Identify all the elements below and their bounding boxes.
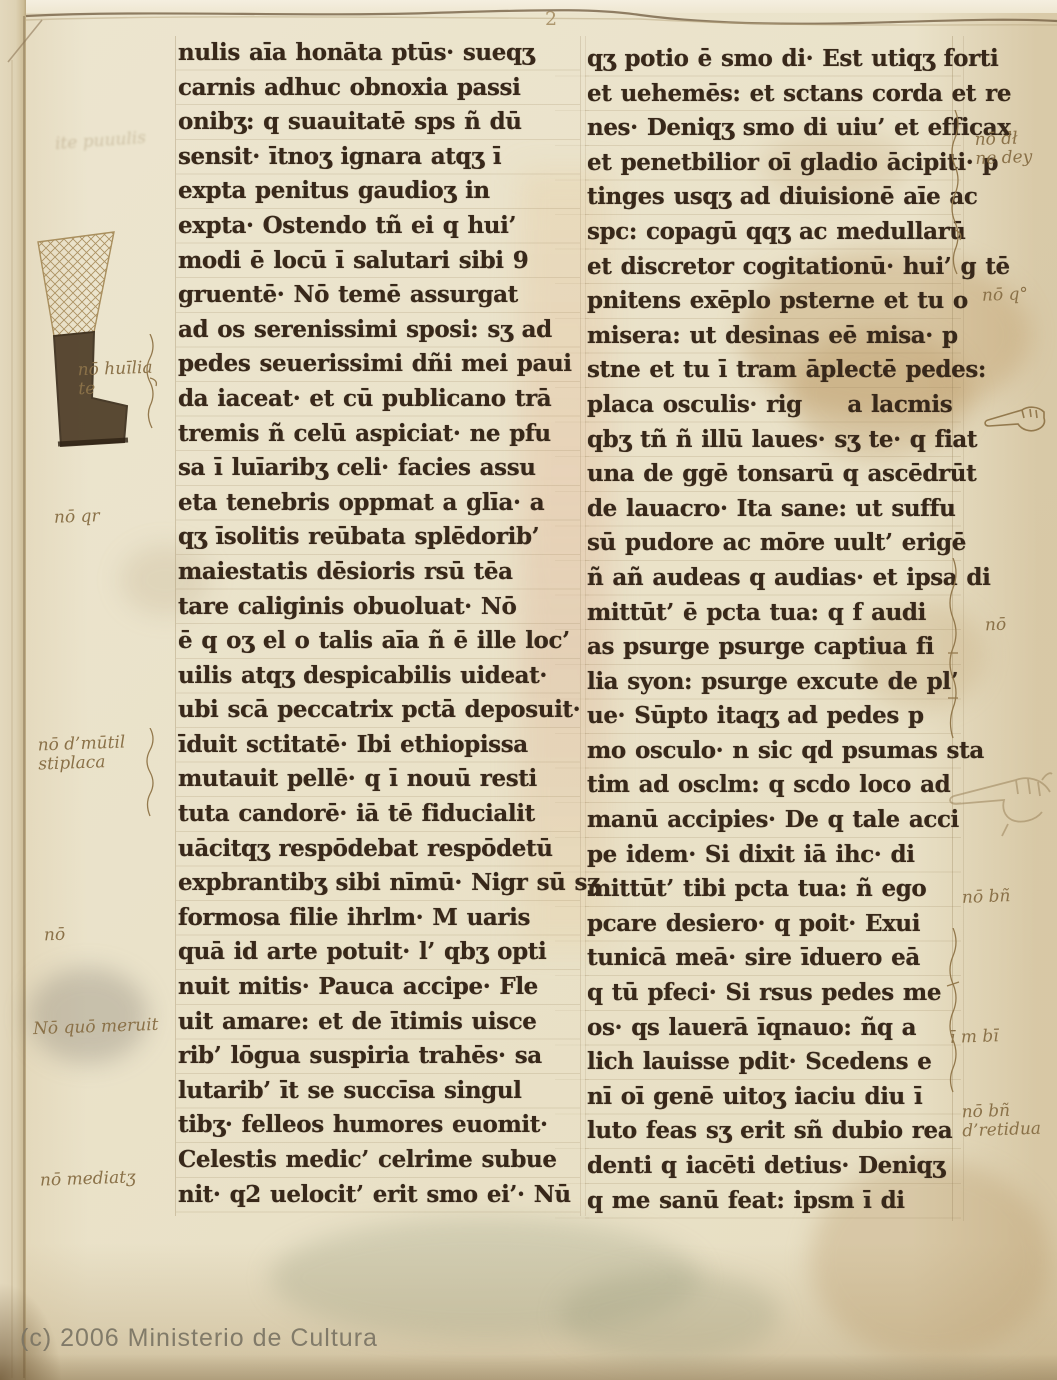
manuscript-photo: 2 nulis aīa honāta ptūs· sueqʒcarnis adh… — [0, 0, 1057, 1380]
text-line: et penetbilior oī gladio ācipiti· p — [587, 146, 959, 181]
marginal-note: nō — [44, 926, 66, 946]
text-line: qʒ potio ē smo di· Est utiqʒ forti — [587, 42, 959, 77]
marginal-note: nō huīlia te — [77, 359, 153, 400]
text-line: lich lauisse pdit· Scedens e — [587, 1045, 959, 1080]
text-line: tare caliginis obuoluat· Nō — [178, 590, 580, 625]
text-line: et discretor cogitationū· hui’ g tē — [587, 250, 959, 285]
text-line: ad os serenissimi sposi: sʒ ad — [178, 313, 580, 348]
text-line: pcare desiero· q poit· Exui — [587, 907, 959, 942]
text-line: īduit sctitatē· Ibi ethiopissa — [178, 728, 580, 763]
text-line: tunicā meā· sire īduero eā — [587, 941, 959, 976]
marginal-note: nō — [985, 616, 1007, 636]
text-column-left: nulis aīa honāta ptūs· sueqʒcarnis adhuc… — [178, 36, 580, 1212]
text-line: stne et tu ī tram āplectē pedes: — [587, 353, 959, 388]
page-top-edge — [0, 0, 1057, 14]
text-line: formosa filie ihrlm· M uaris — [178, 901, 580, 936]
text-line: eta tenebris oppmat a glīa· a — [178, 486, 580, 521]
text-line: mittūt’ ē pcta tua: q f audi — [587, 596, 959, 631]
ruling-line — [585, 36, 586, 1216]
text-line: modi ē locū ī salutari sibi 9 — [178, 244, 580, 279]
text-line: et uehemēs: et sctans corda et re — [587, 77, 959, 112]
text-line: tinges usqʒ ad diuisionē aīe ac — [587, 180, 959, 215]
book-gutter-edge — [0, 0, 26, 1380]
text-line: sa ī luīaribʒ celi· facies assu — [178, 451, 580, 486]
text-line: qʒ īsolitis reūbata splēdorib’ — [178, 520, 580, 555]
folio-number: 2 — [545, 8, 557, 30]
text-line: tuta candorē· iā tē fiducialit — [178, 797, 580, 832]
text-line: tibʒ· felleos humores euomit· — [178, 1108, 580, 1143]
marginal-note: ī m bī — [950, 1027, 999, 1048]
text-line: de lauacro· Ita sane: ut suffu — [587, 492, 959, 527]
text-line: expbrantibʒ sibi nīmū· Nigr sū sʒ — [178, 866, 580, 901]
text-line: quā id arte potuit· l’ qbʒ opti — [178, 935, 580, 970]
text-line: nit· q2 uelocit’ erit smo ei’· Nū — [178, 1178, 580, 1213]
text-line: rib’ lōgua suspiria trahēs· sa — [178, 1039, 580, 1074]
text-line: nulis aīa honāta ptūs· sueqʒ — [178, 36, 580, 71]
ruling-line — [580, 36, 581, 1216]
text-line: manū accipies· De q tale acci — [587, 803, 959, 838]
marginal-note: nō dł ne dey — [974, 129, 1032, 169]
text-line: pnitens exēplo psterne et tu o — [587, 284, 959, 319]
text-line: as psurge psurge captiua fi — [587, 630, 959, 665]
text-line: ñ añ audeas q audias· et ipsa di — [587, 561, 959, 596]
text-line: luto feas sʒ erit sñ dubio rea — [587, 1114, 959, 1149]
text-line: ē q oʒ el o talis aīa ñ ē ille loc’ — [178, 624, 580, 659]
marginal-note: nō bñ — [962, 887, 1011, 908]
text-line: lia syon: psurge excute de pl’ — [587, 665, 959, 700]
text-line: mutauit pellē· q ī nouū resti — [178, 762, 580, 797]
text-line: nes· Deniqʒ smo di uiu’ et efficax — [587, 111, 959, 146]
marginal-note: nō q° — [982, 285, 1029, 306]
text-line: mittūt’ tibi pcta tua: ñ ego — [587, 872, 959, 907]
marginal-note: nō mediatʒ — [40, 1168, 136, 1190]
marginal-note: nō d’mūtil stiplaca — [37, 733, 126, 774]
text-line: maiestatis dēsioris rsū tēa — [178, 555, 580, 590]
text-line: expta penitus gaudioʒ in — [178, 174, 580, 209]
text-line: nī oī genē uitoʒ iaciu diu ī — [587, 1080, 959, 1115]
text-line: pedes seuerissimi dñi mei paui — [178, 347, 580, 382]
text-line: q me sanū feat: ipsm ī di — [587, 1184, 959, 1219]
text-line: qbʒ tñ ñ illū laues· sʒ te· q fiat — [587, 423, 959, 458]
text-line: lutarib’ īt se succīsa singul — [178, 1074, 580, 1109]
text-line: os· qs lauerā īqnauo: ñq a — [587, 1011, 959, 1046]
text-line: nuit mitis· Pauca accipe· Fle — [178, 970, 580, 1005]
text-line: denti q iacēti detius· Deniqʒ — [587, 1149, 959, 1184]
text-line: uit amare: et de ītimis uisce — [178, 1005, 580, 1040]
ruling-line — [175, 36, 176, 1216]
text-line: onibʒ: q suauitatē sps ñ dū — [178, 105, 580, 140]
text-line: gruentē· Nō temē assurgat — [178, 278, 580, 313]
marginal-note: nō bñ d’retidua — [961, 1101, 1041, 1142]
text-line: q tū pfeci· Si rsus pedes me — [587, 976, 959, 1011]
copyright-watermark: (c) 2006 Ministerio de Cultura — [20, 1324, 378, 1353]
text-line: tremis ñ celū aspiciat· ne pfu — [178, 417, 580, 452]
text-line: Celestis medic’ celrime subue — [178, 1143, 580, 1178]
text-column-right: qʒ potio ē smo di· Est utiqʒ fortiet ueh… — [587, 42, 959, 1218]
text-line: uācitqʒ respōdebat respōdetū — [178, 832, 580, 867]
text-line: tim ad osclm: q scdo loco ad — [587, 768, 959, 803]
marginal-note: nō qr — [54, 507, 100, 528]
text-line: placa osculis· rig a lacmis — [587, 388, 959, 423]
text-line: una de ggē tonsarū q ascēdrūt — [587, 457, 959, 492]
text-line: pe idem· Si dixit iā ihc· di — [587, 838, 959, 873]
text-line: sensit· ītnoʒ ignara atqʒ ī — [178, 140, 580, 175]
text-line: da iaceat· et cū publicano trā — [178, 382, 580, 417]
page-bottom-shadow — [0, 1354, 1057, 1380]
text-line: mo osculo· n sic qd psumas sta — [587, 734, 959, 769]
text-line: sū pudore ac mōre uult’ erigē — [587, 526, 959, 561]
text-line: ue· Sūpto itaqʒ ad pedes p — [587, 699, 959, 734]
text-line: expta· Ostendo tñ ei q hui’ — [178, 209, 580, 244]
text-line: spc: copagū qqʒ ac medullarū — [587, 215, 959, 250]
text-line: carnis adhuc obnoxia passi — [178, 71, 580, 106]
text-line: misera: ut desinas eē misa· p — [587, 319, 959, 354]
text-line: ubi scā peccatrix pctā deposuit· — [178, 693, 580, 728]
text-line: uilis atqʒ despicabilis uideat· — [178, 659, 580, 694]
